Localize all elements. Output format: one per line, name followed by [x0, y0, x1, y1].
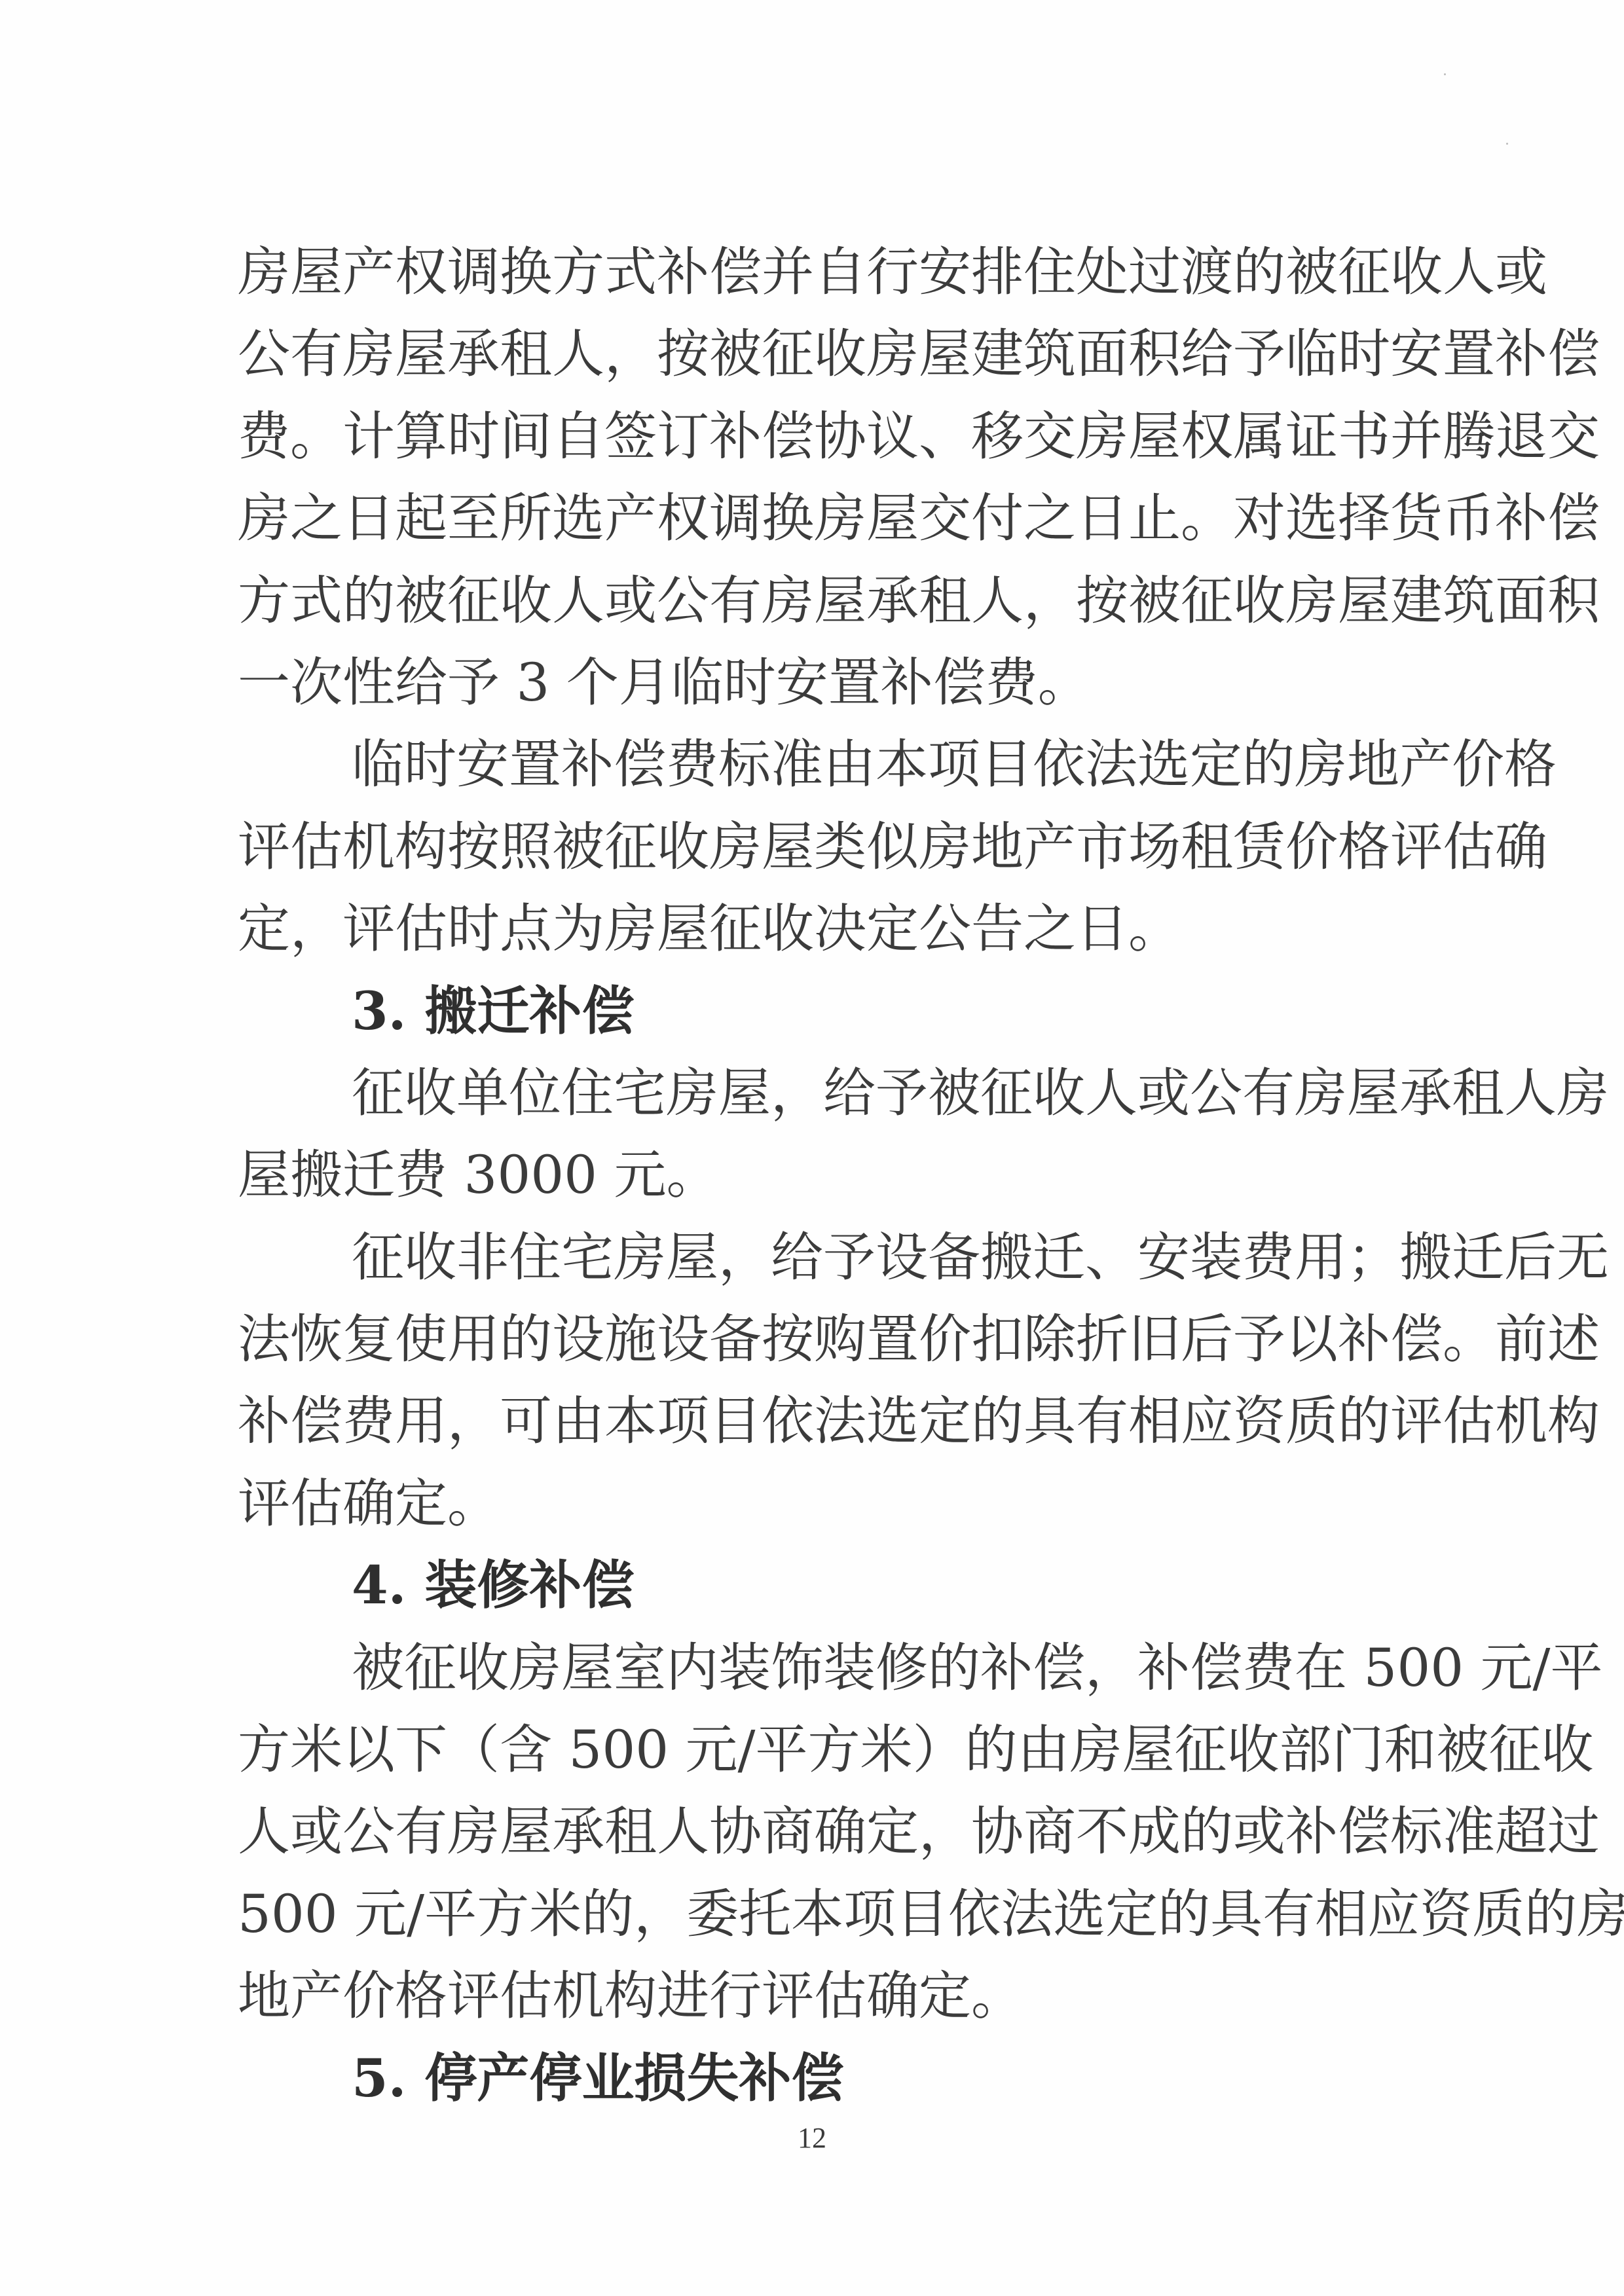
scan-speck [1444, 73, 1446, 75]
text-line: 定，评估时点为房屋征收决定公告之日。 [238, 888, 1377, 970]
paragraph-decoration-compensation: 被征收房屋室内装饰装修的补偿，补偿费在 500 元/平 方米以下（含 500 元… [238, 1627, 1377, 2037]
page-number: 12 [0, 2121, 1624, 2155]
text-line: 一次性给予 3 个月临时安置补偿费。 [238, 642, 1377, 723]
text-line: 人或公有房屋承租人协商确定，协商不成的或补偿标准超过 [238, 1791, 1377, 1872]
text-line: 500 元/平方米的，委托本项目依法选定的具有相应资质的房 [238, 1873, 1377, 1955]
text-line: 费。计算时间自签订补偿协议、移交房屋权属证书并腾退交 [238, 395, 1377, 477]
paragraph-residential-relocation: 征收单位住宅房屋，给予被征收人或公有房屋承租人房 屋搬迁费 3000 元。 [238, 1052, 1377, 1216]
document-page: 房屋产权调换方式补偿并自行安排住处过渡的被征收人或 公有房屋承租人，按被征收房屋… [0, 0, 1624, 2296]
text-line: 地产价格评估机构进行评估确定。 [238, 1955, 1377, 2037]
text-line: 被征收房屋室内装饰装修的补偿，补偿费在 500 元/平 [238, 1627, 1377, 1709]
document-body: 房屋产权调换方式补偿并自行安排住处过渡的被征收人或 公有房屋承租人，按被征收房屋… [238, 231, 1377, 2119]
scan-speck [1506, 143, 1508, 145]
paragraph-continued: 房屋产权调换方式补偿并自行安排住处过渡的被征收人或 公有房屋承租人，按被征收房屋… [238, 231, 1377, 723]
section-heading-decoration-compensation: 4. 装修补偿 [238, 1544, 1377, 1626]
text-line: 征收单位住宅房屋，给予被征收人或公有房屋承租人房 [238, 1052, 1377, 1134]
paragraph-non-residential-relocation: 征收非住宅房屋，给予设备搬迁、安装费用；搬迁后无 法恢复使用的设施设备按购置价扣… [238, 1216, 1377, 1545]
text-line: 征收非住宅房屋，给予设备搬迁、安装费用；搬迁后无 [238, 1216, 1377, 1298]
text-line: 方米以下（含 500 元/平方米）的由房屋征收部门和被征收 [238, 1709, 1377, 1791]
paragraph-temporary-resettlement-standard: 临时安置补偿费标准由本项目依法选定的房地产价格 评估机构按照被征收房屋类似房地产… [238, 723, 1377, 970]
text-line: 公有房屋承租人，按被征收房屋建筑面积给予临时安置补偿 [238, 313, 1377, 395]
text-line: 房屋产权调换方式补偿并自行安排住处过渡的被征收人或 [238, 231, 1377, 313]
section-heading-business-suspension-compensation: 5. 停产停业损失补偿 [238, 2037, 1377, 2119]
text-line: 屋搬迁费 3000 元。 [238, 1134, 1377, 1216]
text-line: 评估机构按照被征收房屋类似房地产市场租赁价格评估确 [238, 806, 1377, 888]
section-heading-relocation-compensation: 3. 搬迁补偿 [238, 970, 1377, 1052]
text-line: 房之日起至所选产权调换房屋交付之日止。对选择货币补偿 [238, 477, 1377, 559]
text-line: 评估确定。 [238, 1463, 1377, 1544]
text-line: 方式的被征收人或公有房屋承租人，按被征收房屋建筑面积 [238, 560, 1377, 642]
text-line: 补偿费用，可由本项目依法选定的具有相应资质的评估机构 [238, 1380, 1377, 1462]
text-line: 法恢复使用的设施设备按购置价扣除折旧后予以补偿。前述 [238, 1298, 1377, 1380]
text-line: 临时安置补偿费标准由本项目依法选定的房地产价格 [238, 723, 1377, 805]
